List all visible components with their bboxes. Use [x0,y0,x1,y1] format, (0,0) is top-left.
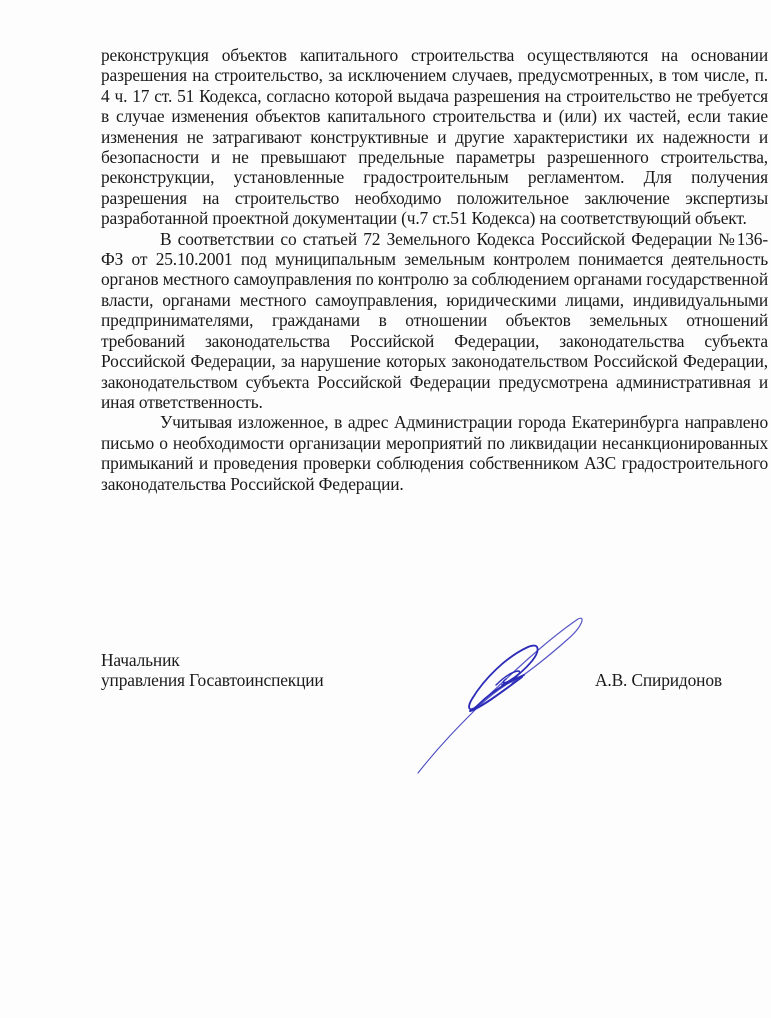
signatory-name: А.В. Спиридонов [595,670,722,690]
paragraph-conclusion: Учитывая изложенное, в адрес Администрац… [101,412,768,494]
paragraph-construction-permits: реконструкция объектов капитального стро… [101,45,768,229]
paragraph-land-control: В соответствии со статьей 72 Земельного … [101,229,768,413]
document-page: реконструкция объектов капитального стро… [0,0,771,1018]
handwritten-signature-icon [400,605,600,790]
signatory-position: Начальник управления Госавтоинспекции [101,650,324,691]
position-line-1: Начальник [101,650,324,670]
letter-body: реконструкция объектов капитального стро… [101,45,768,494]
position-line-2: управления Госавтоинспекции [101,670,324,690]
